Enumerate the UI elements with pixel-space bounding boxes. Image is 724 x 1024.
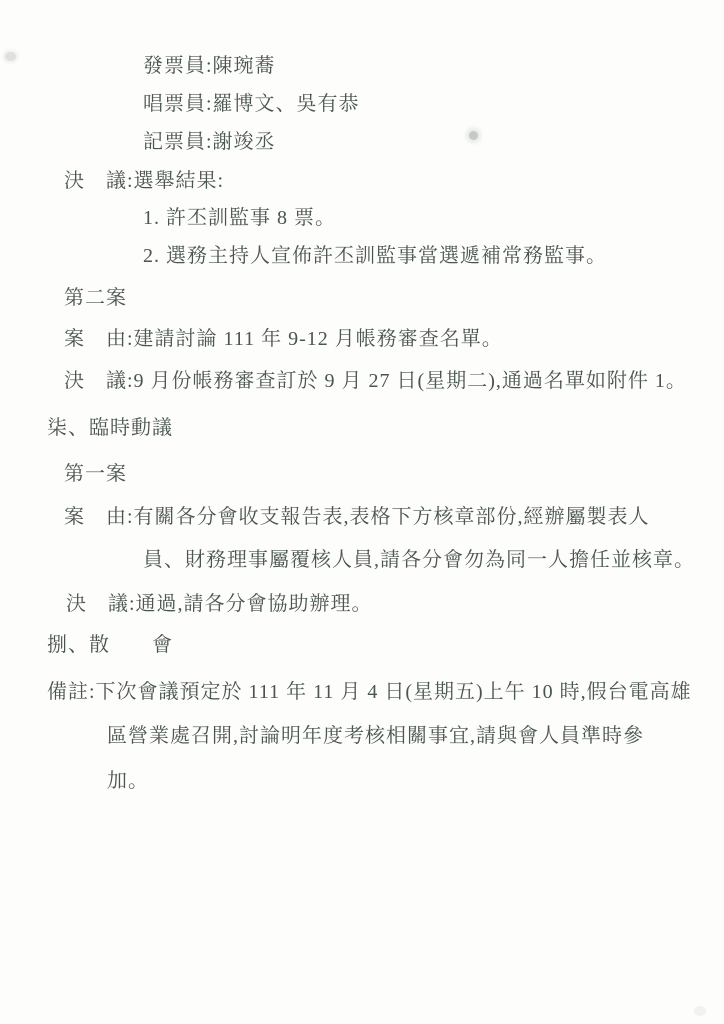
remarks-line-3: 加。 — [107, 768, 149, 794]
remarks-line-1: 備註:下次會議預定於 111 年 11 月 4 日(星期五)上午 10 時,假台… — [47, 679, 692, 705]
section7-case1-subject-line2: 員、財務理事屬覆核人員,請各分會勿為同一人擔任並核章。 — [143, 547, 695, 573]
case2-resolution-line: 決 議:9 月份帳務審查訂於 9 月 27 日(星期二),通過名單如附件 1。 — [64, 368, 687, 394]
remarks-line-2: 區營業處召開,討論明年度考核相關事宜,請與會人員準時參 — [107, 723, 644, 749]
case2-subject-line: 案 由:建請討論 111 年 9-12 月帳務審查名單。 — [64, 326, 503, 352]
section7-case1-subject-line1: 案 由:有關各分會收支報告表,表格下方核章部份,經辦屬製表人 — [64, 504, 650, 530]
scan-artifact-edge-mark — [5, 52, 16, 61]
election-result-item-2: 2. 選務主持人宣佈許丕訓監事當選遞補常務監事。 — [143, 243, 607, 269]
election-result-item-1: 1. 許丕訓監事 8 票。 — [143, 205, 336, 231]
scan-artifact-corner-smudge — [694, 1006, 706, 1016]
official-vote-recorder-line: 記票員:謝竣丞 — [143, 129, 276, 155]
resolution-label-election-result: 決 議:選舉結果: — [64, 168, 224, 194]
scan-artifact-dot — [469, 131, 478, 140]
scanned-minutes-page: 發票員:陳琬蕎 唱票員:羅博文、吳有恭 記票員:謝竣丞 決 議:選舉結果: 1.… — [0, 0, 724, 1024]
section8-heading-adjournment: 捌、散 會 — [47, 632, 173, 658]
case2-heading: 第二案 — [64, 285, 127, 311]
official-ballot-distributor-line: 發票員:陳琬蕎 — [143, 53, 276, 79]
official-vote-caller-line: 唱票員:羅博文、吳有恭 — [143, 91, 360, 117]
section7-heading-extempore-motions: 柒、臨時動議 — [47, 415, 173, 441]
section7-case1-resolution-line: 決 議:通過,請各分會協助辦理。 — [66, 591, 373, 617]
section7-case1-heading: 第一案 — [64, 461, 127, 487]
